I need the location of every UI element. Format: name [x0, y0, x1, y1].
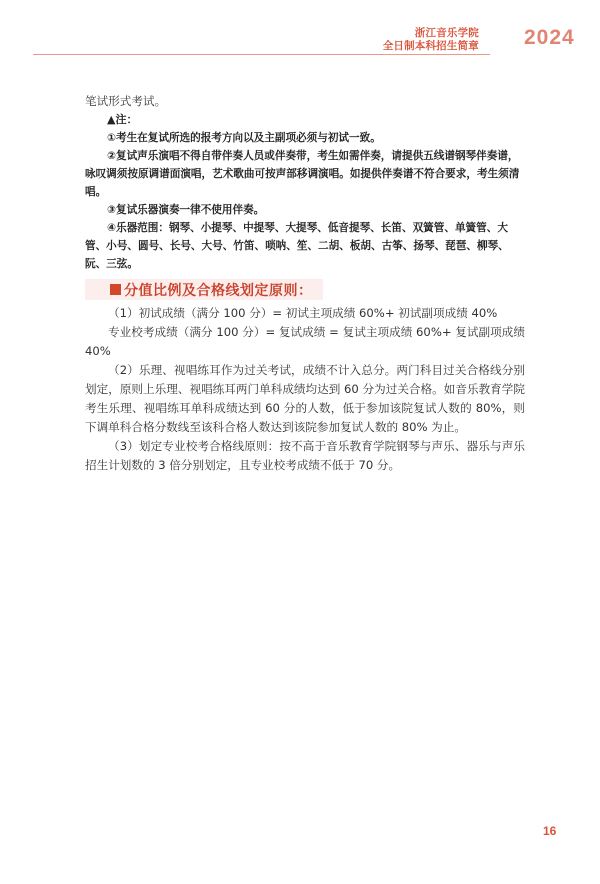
school-name: 浙江音乐学院 — [383, 27, 479, 40]
header-year: 2024 — [524, 26, 575, 50]
paragraph-professional-score: 专业校考成绩（满分 100 分）= 复试成绩 = 复试主项成绩 60%+ 复试副… — [85, 323, 525, 361]
square-bullet-icon — [110, 284, 121, 295]
paragraph-initial-score: （1）初试成绩（满分 100 分）= 初试主项成绩 60%+ 初试副项成绩 40… — [85, 304, 525, 323]
page-content: 笔试形式考试。 ▲注： ①考生在复试所选的报考方向以及主副项必须与初试一致。 ②… — [85, 92, 525, 475]
note-item-2: ②复试声乐演唱不得自带伴奏人员或伴奏带，考生如需伴奏，请提供五线谱钢琴伴奏谱，咏… — [85, 147, 525, 201]
paragraph-pass-line: （3）划定专业校考合格线原则：按不高于音乐教育学院钢琴与声乐、器乐与声乐招生计划… — [85, 437, 525, 475]
header-title: 浙江音乐学院 全日制本科招生简章 — [383, 27, 479, 52]
note-item-4: ④乐器范围：钢琴、小提琴、中提琴、大提琴、低音提琴、长笛、双簧管、单簧管、大管、… — [85, 219, 525, 273]
section-heading: 分值比例及合格线划定原则： — [85, 279, 323, 300]
note-item-3: ③复试乐器演奏一律不使用伴奏。 — [85, 201, 525, 219]
brochure-name: 全日制本科招生简章 — [383, 40, 479, 53]
page-number: 16 — [543, 824, 556, 838]
paragraph-theory-pass: （2）乐理、视唱练耳作为过关考试，成绩不计入总分。两门科目过关合格线分别划定，原… — [85, 361, 525, 437]
note-title: ▲注： — [85, 111, 525, 129]
intro-text: 笔试形式考试。 — [85, 92, 525, 111]
section-heading-text: 分值比例及合格线划定原则： — [124, 280, 313, 300]
note-item-1: ①考生在复试所选的报考方向以及主副项必须与初试一致。 — [85, 129, 525, 147]
header-divider — [33, 54, 490, 55]
page-header: 浙江音乐学院 全日制本科招生简章 2024 — [0, 0, 600, 60]
